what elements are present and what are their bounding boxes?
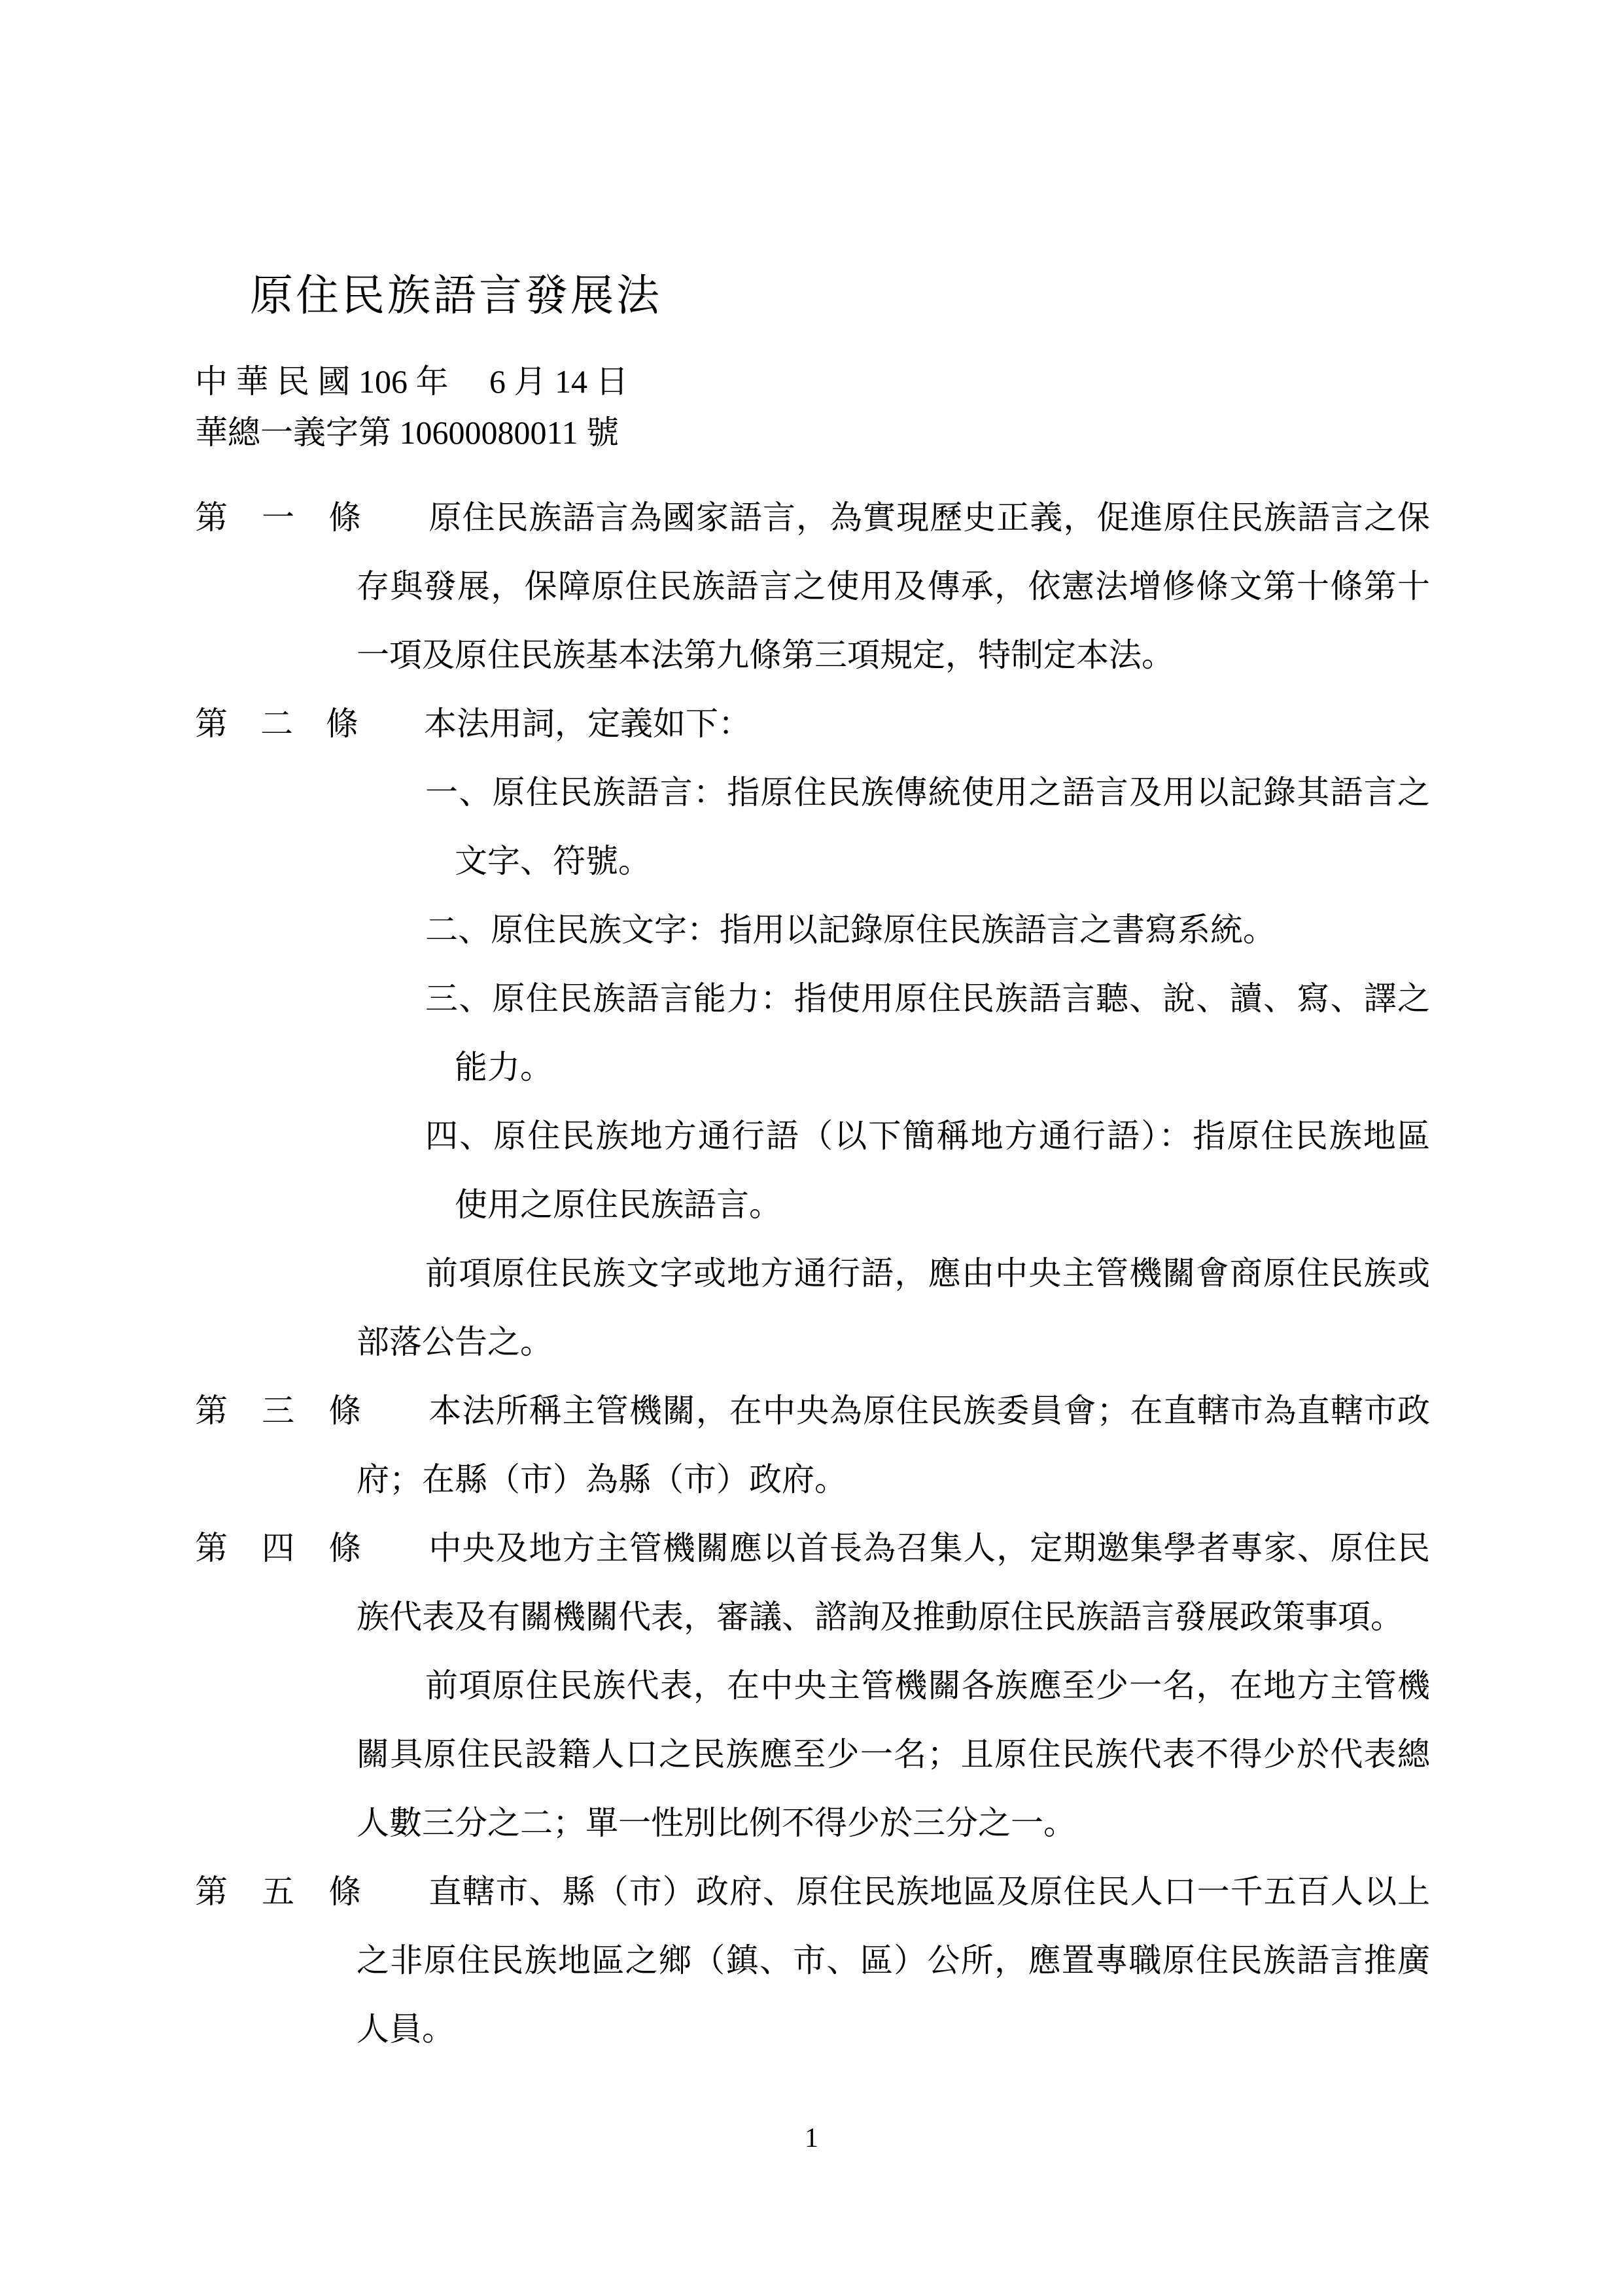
page-number: 1 (0, 2119, 1623, 2158)
law-text-line: 三、原住民族語言能力：指使用原住民族語言聽、說、讀、寫、譯之 (425, 964, 1430, 1033)
law-text-line: 第 三 條 本法所稱主管機關，在中央為原住民族委員會；在直轄市為直轄市政 (195, 1377, 1430, 1445)
law-text-line: 部落公告之。 (357, 1308, 1430, 1377)
law-text-line: 存與發展，保障原住民族語言之使用及傳承，依憲法增修條文第十條第十 (357, 552, 1430, 621)
law-text-line: 府；在縣（市）為縣（市）政府。 (357, 1445, 1430, 1514)
promulgation-date: 中 華 民 國 106 年 6 月 14 日 (195, 359, 629, 404)
law-text-line: 第 一 條 原住民族語言為國家語言，為實現歷史正義，促進原住民族語言之保 (195, 484, 1430, 552)
law-text-line: 之非原住民族地區之鄉（鎮、市、區）公所，應置專職原住民族語言推廣 (357, 1926, 1430, 1995)
law-text-body: 第 一 條 原住民族語言為國家語言，為實現歷史正義，促進原住民族語言之保 存與發… (195, 484, 1430, 2064)
law-text-line: 前項原住民族文字或地方通行語，應由中央主管機關會商原住民族或 (425, 1239, 1430, 1308)
law-text-line: 人數三分之二；單一性別比例不得少於三分之一。 (357, 1789, 1430, 1858)
law-text-line: 第 四 條 中央及地方主管機關應以首長為召集人，定期邀集學者專家、原住民 (195, 1514, 1430, 1583)
law-text-line: 文字、符號。 (455, 827, 1430, 896)
law-text-line: 一項及原住民族基本法第九條第三項規定，特制定本法。 (357, 621, 1430, 690)
reference-number: 華總一義字第 10600080011 號 (195, 410, 619, 455)
law-text-line: 第 二 條 本法用詞，定義如下： (195, 690, 1430, 758)
law-text-line: 前項原住民族代表，在中央主管機關各族應至少一名，在地方主管機 (425, 1651, 1430, 1720)
law-text-line: 四、原住民族地方通行語（以下簡稱地方通行語）：指原住民族地區 (425, 1102, 1430, 1171)
law-text-line: 關具原住民設籍人口之民族應至少一名；且原住民族代表不得少於代表總 (357, 1720, 1430, 1789)
document-page: 原住民族語言發展法 中 華 民 國 106 年 6 月 14 日 華總一義字第 … (0, 0, 1623, 2296)
document-title: 原住民族語言發展法 (250, 267, 662, 326)
law-text-line: 人員。 (357, 1995, 1430, 2064)
law-text-line: 一、原住民族語言：指原住民族傳統使用之語言及用以記錄其語言之 (425, 758, 1430, 827)
law-text-line: 使用之原住民族語言。 (455, 1171, 1430, 1239)
law-text-line: 二、原住民族文字：指用以記錄原住民族語言之書寫系統。 (425, 896, 1430, 964)
law-text-line: 族代表及有關機關代表，審議、諮詢及推動原住民族語言發展政策事項。 (357, 1583, 1430, 1651)
law-text-line: 能力。 (455, 1033, 1430, 1102)
law-text-line: 第 五 條 直轄市、縣（市）政府、原住民族地區及原住民人口一千五百人以上 (195, 1858, 1430, 1926)
